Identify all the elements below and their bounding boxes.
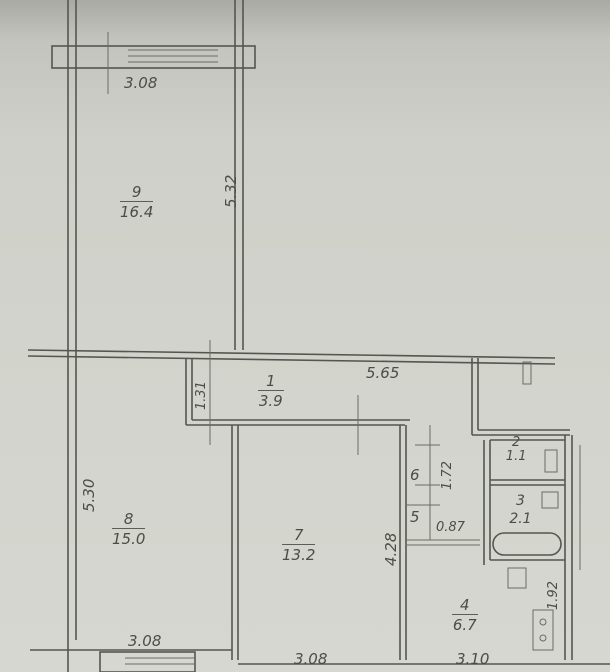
dim-room9-width: 3.08 bbox=[124, 74, 157, 92]
room-number: 9 bbox=[120, 183, 153, 202]
room-number: 4 bbox=[452, 596, 478, 615]
dim-kitchen-side: 1.92 bbox=[546, 581, 561, 610]
room-number: 1 bbox=[258, 372, 284, 391]
room-4-label: 4 6.7 bbox=[452, 596, 478, 635]
room-number: 2 bbox=[504, 436, 528, 450]
room-area: 6.7 bbox=[452, 615, 478, 635]
room-5-label: 5 bbox=[410, 508, 420, 526]
floor-plan: 3.08 5.32 5.30 1.31 5.65 4.28 1.72 0.87 … bbox=[0, 0, 610, 672]
room-number: 3 bbox=[508, 492, 533, 510]
room-area: 16.4 bbox=[120, 202, 153, 222]
room-7-label: 7 13.2 bbox=[282, 526, 315, 565]
room-area: 15.0 bbox=[112, 529, 145, 549]
dim-closet6-length: 1.72 bbox=[440, 461, 455, 490]
room-area: 3.9 bbox=[258, 391, 284, 411]
dim-corridor-length: 5.65 bbox=[366, 364, 399, 382]
room-area: 2.1 bbox=[508, 510, 533, 528]
floor-plan-drawing bbox=[0, 0, 610, 672]
room-2-label: 2 1.1 bbox=[504, 436, 528, 464]
room-8-label: 8 15.0 bbox=[112, 510, 145, 549]
dim-room8-length: 5.30 bbox=[80, 479, 98, 512]
dim-room7-width: 3.08 bbox=[294, 650, 327, 668]
dim-closet5-width: 0.87 bbox=[436, 520, 465, 535]
dim-corridor-depth: 1.31 bbox=[194, 381, 209, 410]
room-number: 7 bbox=[282, 526, 315, 545]
room-number: 8 bbox=[112, 510, 145, 529]
dim-room9-length: 5.32 bbox=[222, 175, 240, 208]
room-area: 13.2 bbox=[282, 545, 315, 565]
room-3-label: 3 2.1 bbox=[508, 492, 533, 528]
room-1-label: 1 3.9 bbox=[258, 372, 284, 411]
room-9-label: 9 16.4 bbox=[120, 183, 153, 222]
room-6-label: 6 bbox=[410, 466, 420, 484]
dim-room7-length: 4.28 bbox=[382, 533, 400, 566]
dim-room8-width: 3.08 bbox=[128, 632, 161, 650]
dim-kitchen-width: 3.10 bbox=[456, 650, 489, 668]
room-area: 1.1 bbox=[504, 450, 528, 464]
